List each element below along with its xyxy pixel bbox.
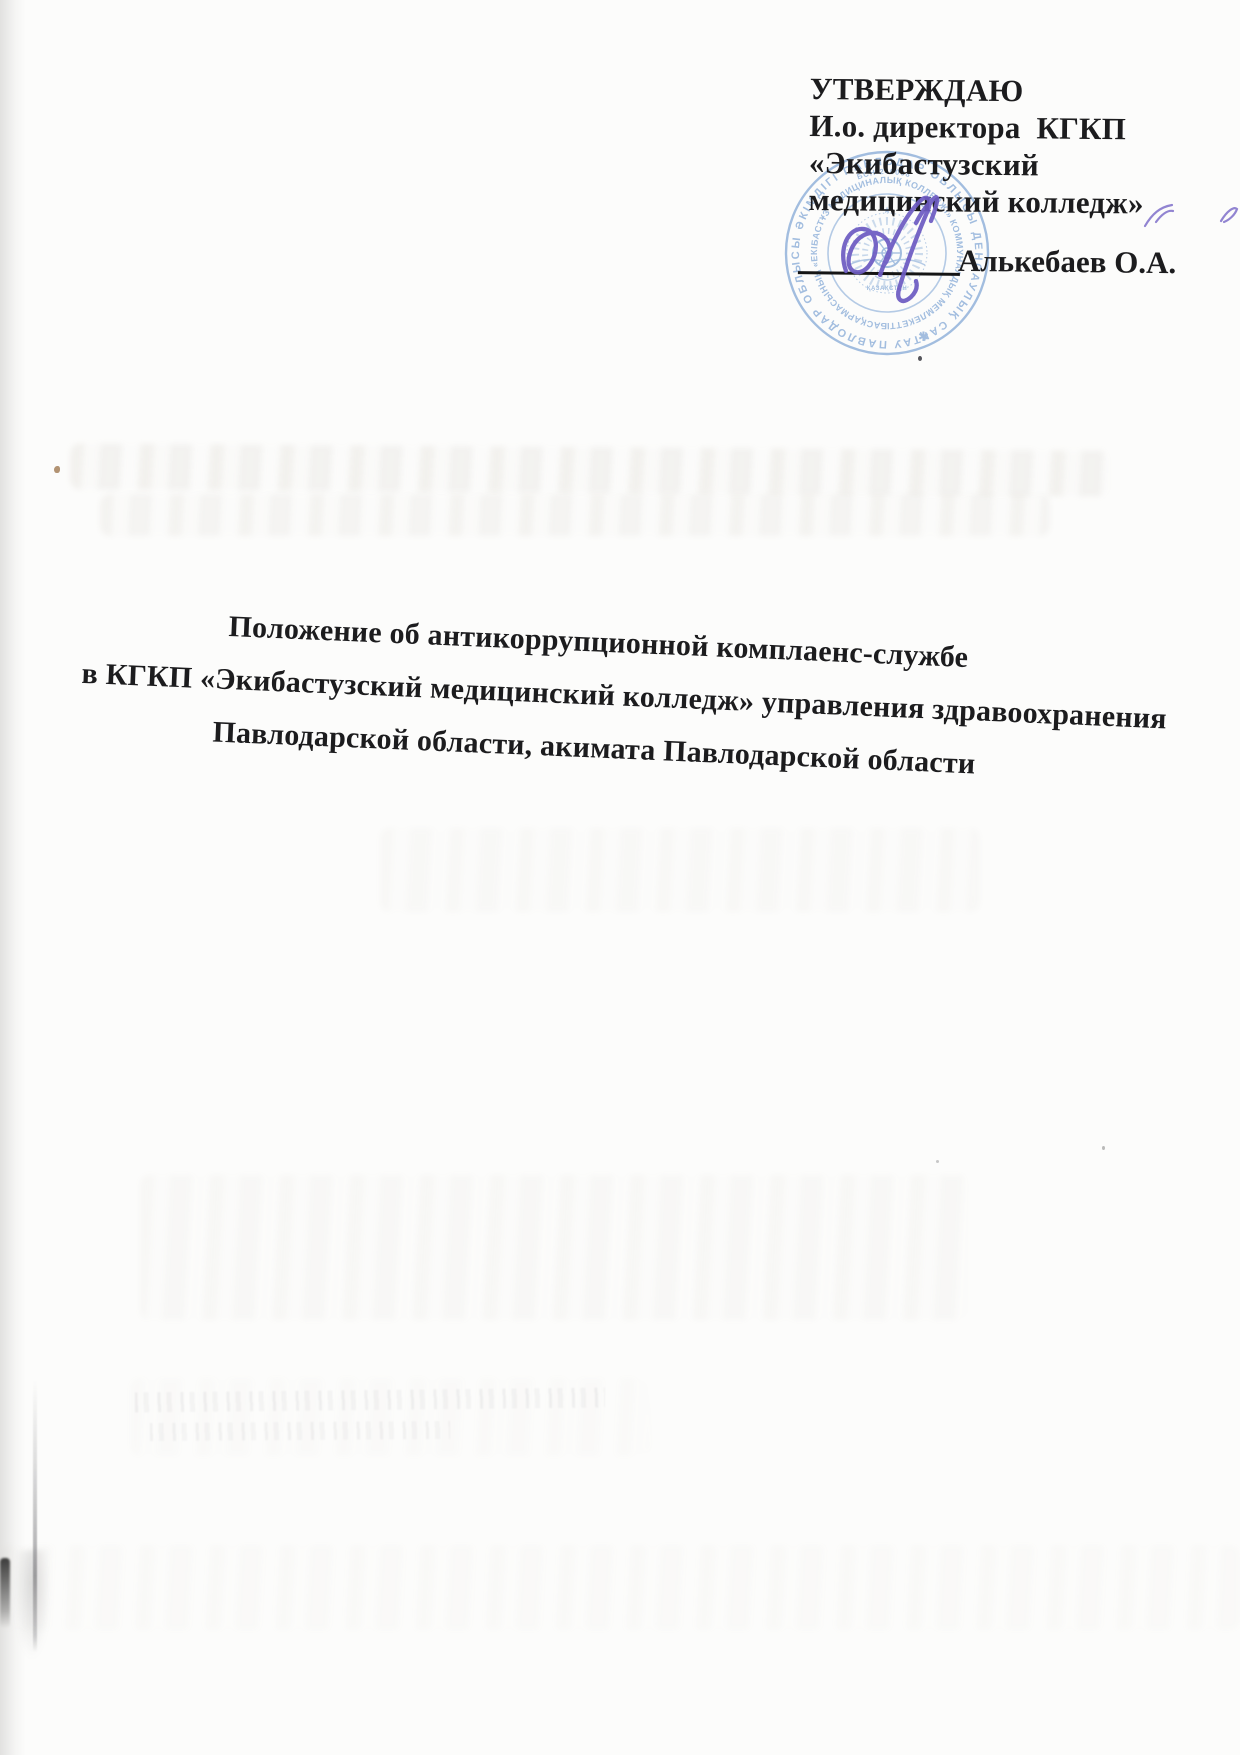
approval-org-line-1: «Экибастузский bbox=[809, 144, 1209, 185]
handwritten-signature bbox=[828, 183, 958, 318]
pen-stray-mark bbox=[1142, 202, 1176, 230]
scanned-document-page: ПАВЛОДАР ОБЛЫСЫ ӘКІМДІГІ ПАВЛОДАР ОБЛЫСЫ… bbox=[0, 0, 1240, 1755]
paper-speck bbox=[918, 356, 922, 361]
signatory-name: Алькебаев О.А. bbox=[958, 243, 1177, 281]
scan-streak bbox=[14, 1550, 50, 1660]
document-title: Положение об антикоррупционной комплаенс… bbox=[78, 594, 1114, 796]
scan-streak bbox=[0, 1558, 10, 1628]
paper-speck bbox=[936, 1160, 939, 1163]
scan-edge-shadow bbox=[0, 0, 26, 1755]
paper-speck bbox=[1102, 1146, 1105, 1150]
approval-heading: УТВЕРЖДАЮ bbox=[810, 70, 1210, 111]
stamp-separator-icon: ✱ bbox=[918, 329, 929, 344]
ghost-pencil-line bbox=[150, 1421, 450, 1441]
paper-speck bbox=[54, 466, 60, 473]
ghost-band bbox=[140, 1175, 970, 1320]
pen-stray-mark bbox=[1218, 203, 1240, 227]
ghost-band bbox=[100, 494, 1050, 536]
ghost-band bbox=[0, 1545, 1240, 1630]
ghost-band bbox=[70, 443, 1110, 496]
ghost-band bbox=[380, 828, 980, 912]
approval-position-line: И.о. директора КГКП bbox=[809, 107, 1209, 148]
